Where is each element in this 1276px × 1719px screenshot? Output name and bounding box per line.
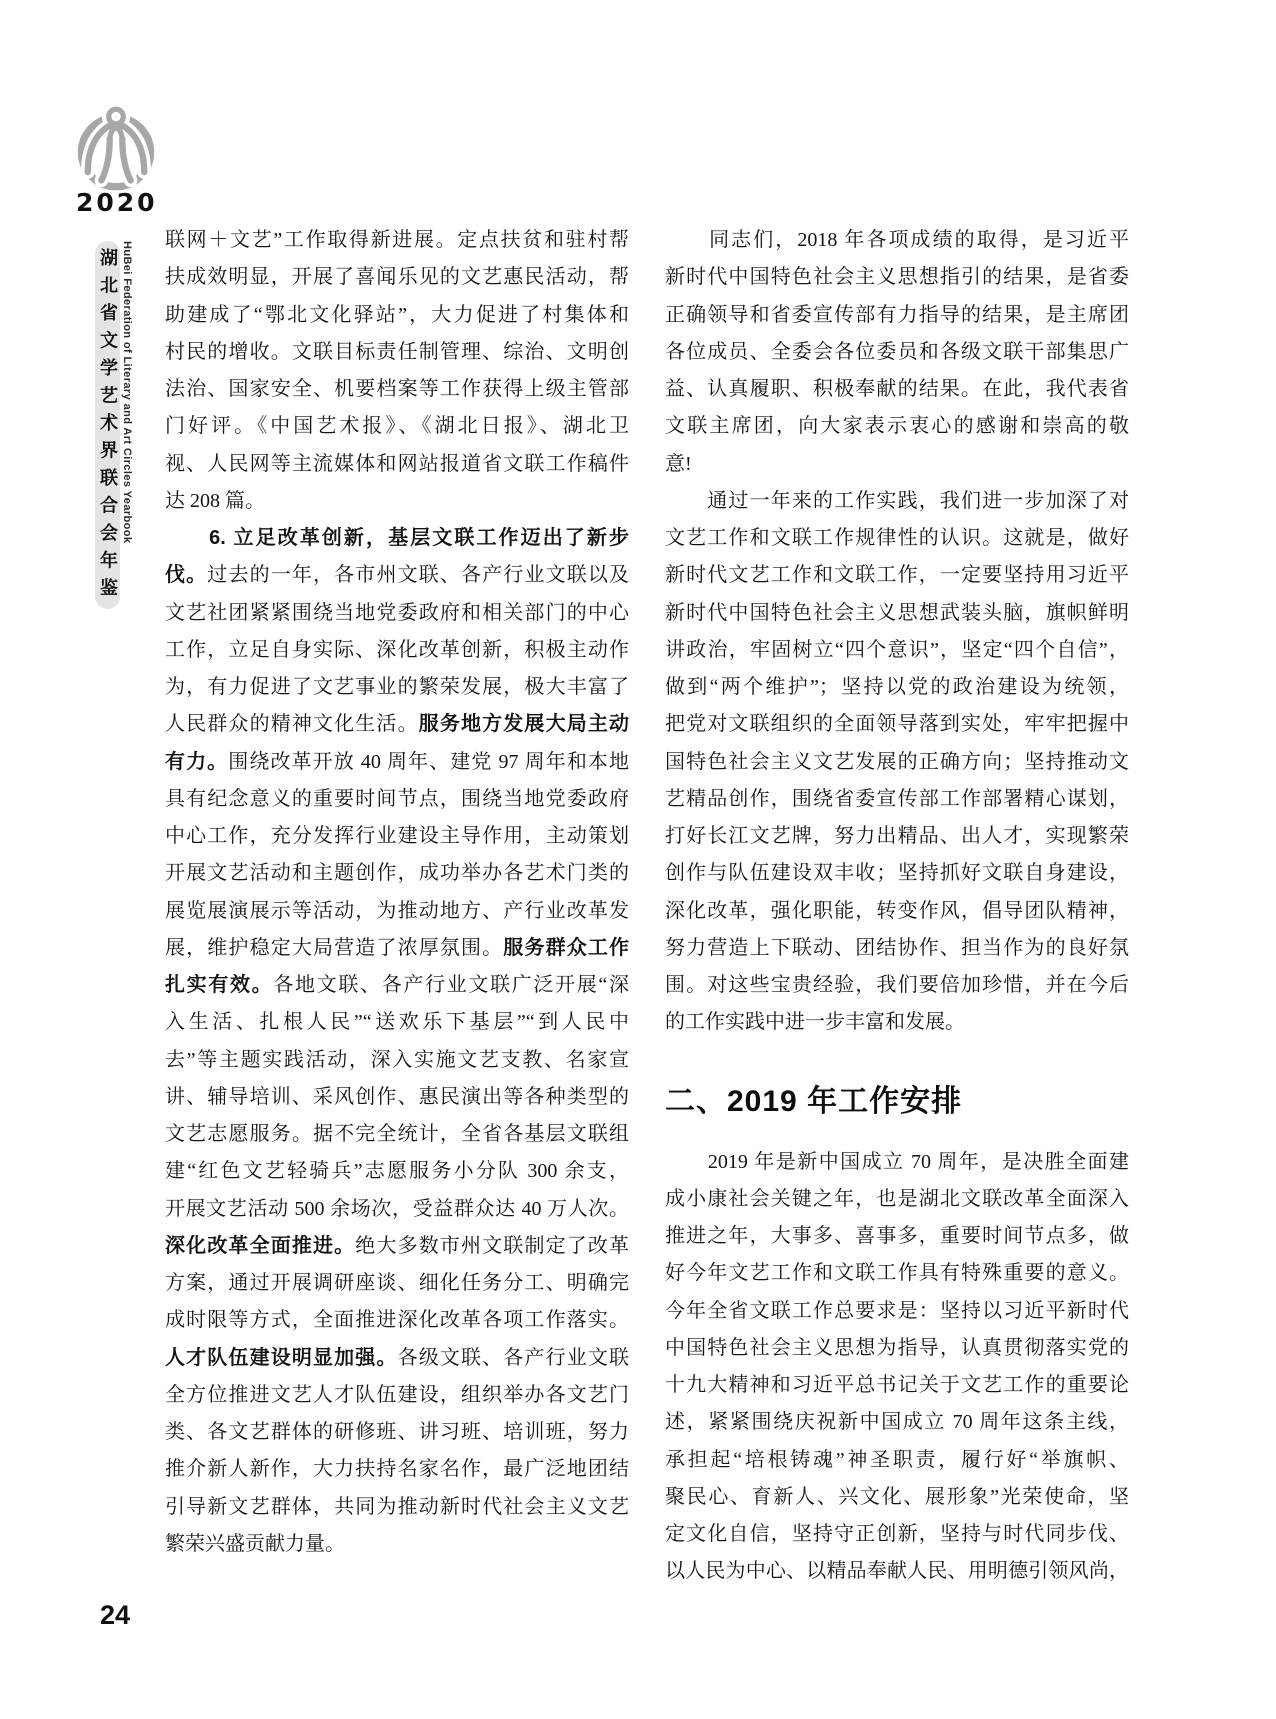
text-line: 定文化自信，坚持守正创新，坚持与时代同步伐、	[665, 1516, 1129, 1553]
federation-emblem-icon	[73, 103, 159, 193]
text-line: 聚民心、育新人、兴文化、展形象”光荣使命，坚	[665, 1479, 1129, 1516]
text-line: 全方位推进文艺人才队伍建设，组织举办各文艺门	[165, 1377, 629, 1414]
text-line: 引导新文艺群体，共同为推动新时代社会主义文艺	[165, 1489, 629, 1526]
text-line: 2019 年是新中国成立 70 周年，是决胜全面建	[665, 1144, 1129, 1181]
text-line: 扎实有效。各地文联、各产行业文联广泛开展“深	[165, 967, 629, 1004]
text-line: 有力。围绕改革开放 40 周年、建党 97 周年和本地	[165, 744, 629, 781]
text-line: 创作与队伍建设双丰收；坚持抓好文联自身建设，	[665, 855, 1129, 892]
text-line: 讲政治，牢固树立“四个意识”，坚定“四个自信”，	[665, 632, 1129, 669]
text-line: 文艺工作和文联工作规律性的认识。这就是，做好	[665, 520, 1129, 557]
edition-year: 2020	[76, 188, 156, 217]
text-line: 工作，立足自身实际、深化改革创新，积极主动作	[165, 632, 629, 669]
text-line: 门好评。《中国艺术报》、《湖北日报》、湖北卫	[165, 408, 629, 445]
left-text-column: 联网＋文艺”工作取得新进展。定点扶贫和驻村帮扶成效明显，开展了喜闻乐见的文艺惠民…	[165, 222, 629, 1563]
text-line: 类、各文艺群体的研修班、讲习班、培训班，努力	[165, 1414, 629, 1451]
text-line: 推进之年，大事多、喜事多，重要时间节点多，做	[665, 1218, 1129, 1255]
section-heading: 二、2019 年工作安排	[665, 1080, 1129, 1124]
text-line: 联网＋文艺”工作取得新进展。定点扶贫和驻村帮	[165, 222, 629, 259]
text-line: 的工作实践中进一步丰富和发展。	[665, 1004, 1129, 1041]
text-line: 助建成了“鄂北文化驿站”，大力促进了村集体和	[165, 297, 629, 334]
text-line: 文艺社团紧紧围绕当地党委政府和相关部门的中心	[165, 595, 629, 632]
text-line: 益、认真履职、积极奉献的结果。在此，我代表省	[665, 371, 1129, 408]
sidebar-title-english: HuBei Federation of Literary and Art Cir…	[121, 241, 133, 616]
text-line: 以人民为中心、以精品奉献人民、用明德引领风尚，	[665, 1553, 1129, 1590]
text-line: 今年全省文联工作总要求是：坚持以习近平新时代	[665, 1293, 1129, 1330]
text-line: 扶成效明显，开展了喜闻乐见的文艺惠民活动，帮	[165, 259, 629, 296]
text-line: 好今年文艺工作和文联工作具有特殊重要的意义。	[665, 1255, 1129, 1292]
text-line: 人才队伍建设明显加强。各级文联、各产行业文联	[165, 1340, 629, 1377]
text-line: 新时代中国特色社会主义思想指引的结果，是省委	[665, 259, 1129, 296]
text-line: 建“红色文艺轻骑兵”志愿服务小分队 300 余支，	[165, 1153, 629, 1190]
text-line: 文联主席团，向大家表示衷心的感谢和崇高的敬	[665, 408, 1129, 445]
text-line: 新时代中国特色社会主义思想武装头脑，旗帜鲜明	[665, 595, 1129, 632]
text-line: 成小康社会关键之年，也是湖北文联改革全面深入	[665, 1181, 1129, 1218]
text-line: 文艺志愿服务。据不完全统计，全省各基层文联组	[165, 1116, 629, 1153]
text-line: 述，紧紧围绕庆祝新中国成立 70 周年这条主线，	[665, 1404, 1129, 1441]
text-line: 中心工作，充分发挥行业建设主导作用，主动策划	[165, 818, 629, 855]
text-line: 成时限等方式，全面推进深化改革各项工作落实。	[165, 1302, 629, 1339]
text-line: 国特色社会主义文艺发展的正确方向；坚持推动文	[665, 744, 1129, 781]
sidebar-title-chinese: 湖北省文学艺术界联合会年鉴	[95, 248, 120, 606]
text-line: 入生活、扎根人民”“送欢乐下基层”“到人民中	[165, 1004, 629, 1041]
text-line: 伐。过去的一年，各市州文联、各产行业文联以及	[165, 557, 629, 594]
text-line: 各位成员、全委会各位委员和各级文联干部集思广	[665, 334, 1129, 371]
text-line: 深化改革，强化职能，转变作风，倡导团队精神，	[665, 893, 1129, 930]
right-text-column: 同志们，2018 年各项成绩的取得，是习近平新时代中国特色社会主义思想指引的结果…	[665, 222, 1129, 1591]
text-line: 新时代文艺工作和文联工作，一定要坚持用习近平	[665, 557, 1129, 594]
text-line: 具有纪念意义的重要时间节点，围绕当地党委政府	[165, 781, 629, 818]
text-line: 去”等主题实践活动，深入实施文艺支教、名家宣	[165, 1042, 629, 1079]
text-line: 展览展演展示等活动，为推动地方、产行业改革发	[165, 893, 629, 930]
page-number: 24	[100, 1600, 130, 1631]
text-line: 6. 立足改革创新，基层文联工作迈出了新步	[165, 520, 629, 557]
text-line: 繁荣兴盛贡献力量。	[165, 1526, 629, 1563]
text-line: 展，维护稳定大局营造了浓厚氛围。服务群众工作	[165, 930, 629, 967]
text-line: 打好长江文艺牌，努力出精品、出人才，实现繁荣	[665, 818, 1129, 855]
text-line: 达 208 篇。	[165, 483, 629, 520]
text-line: 艺精品创作，围绕省委宣传部工作部署精心谋划，	[665, 781, 1129, 818]
text-line: 开展文艺活动和主题创作，成功举办各艺术门类的	[165, 855, 629, 892]
text-line: 法治、国家安全、机要档案等工作获得上级主管部	[165, 371, 629, 408]
text-line: 努力营造上下联动、团结协作、担当作为的良好氛	[665, 930, 1129, 967]
text-line: 十九大精神和习近平总书记关于文艺工作的重要论	[665, 1367, 1129, 1404]
text-line: 做到“两个维护”；坚持以党的政治建设为统领，	[665, 669, 1129, 706]
right-column-part-a: 同志们，2018 年各项成绩的取得，是习近平新时代中国特色社会主义思想指引的结果…	[665, 222, 1129, 1042]
text-line: 村民的增收。文联目标责任制管理、综治、文明创建、	[165, 334, 629, 371]
text-line: 方案，通过开展调研座谈、细化任务分工、明确完	[165, 1265, 629, 1302]
text-line: 围。对这些宝贵经验，我们要倍加珍惜，并在今后	[665, 967, 1129, 1004]
text-line: 视、人民网等主流媒体和网站报道省文联工作稿件	[165, 446, 629, 483]
text-line: 正确领导和省委宣传部有力指导的结果，是主席团	[665, 297, 1129, 334]
sidebar-title-pill: 湖北省文学艺术界联合会年鉴	[95, 241, 120, 609]
text-line: 人民群众的精神文化生活。服务地方发展大局主动	[165, 706, 629, 743]
text-line: 同志们，2018 年各项成绩的取得，是习近平	[665, 222, 1129, 259]
text-line: 通过一年来的工作实践，我们进一步加深了对	[665, 483, 1129, 520]
text-line: 中国特色社会主义思想为指导，认真贯彻落实党的	[665, 1330, 1129, 1367]
text-line: 为，有力促进了文艺事业的繁荣发展，极大丰富了	[165, 669, 629, 706]
text-line: 深化改革全面推进。绝大多数市州文联制定了改革	[165, 1228, 629, 1265]
text-line: 开展文艺活动 500 余场次，受益群众达 40 万人次。	[165, 1191, 629, 1228]
yearbook-page: 2020 湖北省文学艺术界联合会年鉴 HuBei Federation of L…	[0, 0, 1276, 1719]
text-line: 讲、辅导培训、采风创作、惠民演出等各种类型的	[165, 1079, 629, 1116]
text-line: 推介新人新作，大力扶持名家名作，最广泛地团结	[165, 1451, 629, 1488]
text-line: 意!	[665, 446, 1129, 483]
right-column-part-b: 2019 年是新中国成立 70 周年，是决胜全面建成小康社会关键之年，也是湖北文…	[665, 1144, 1129, 1591]
text-line: 把党对文联组织的全面领导落到实处，牢牢把握中	[665, 706, 1129, 743]
text-line: 承担起“培根铸魂”神圣职责，履行好“举旗帜、	[665, 1442, 1129, 1479]
